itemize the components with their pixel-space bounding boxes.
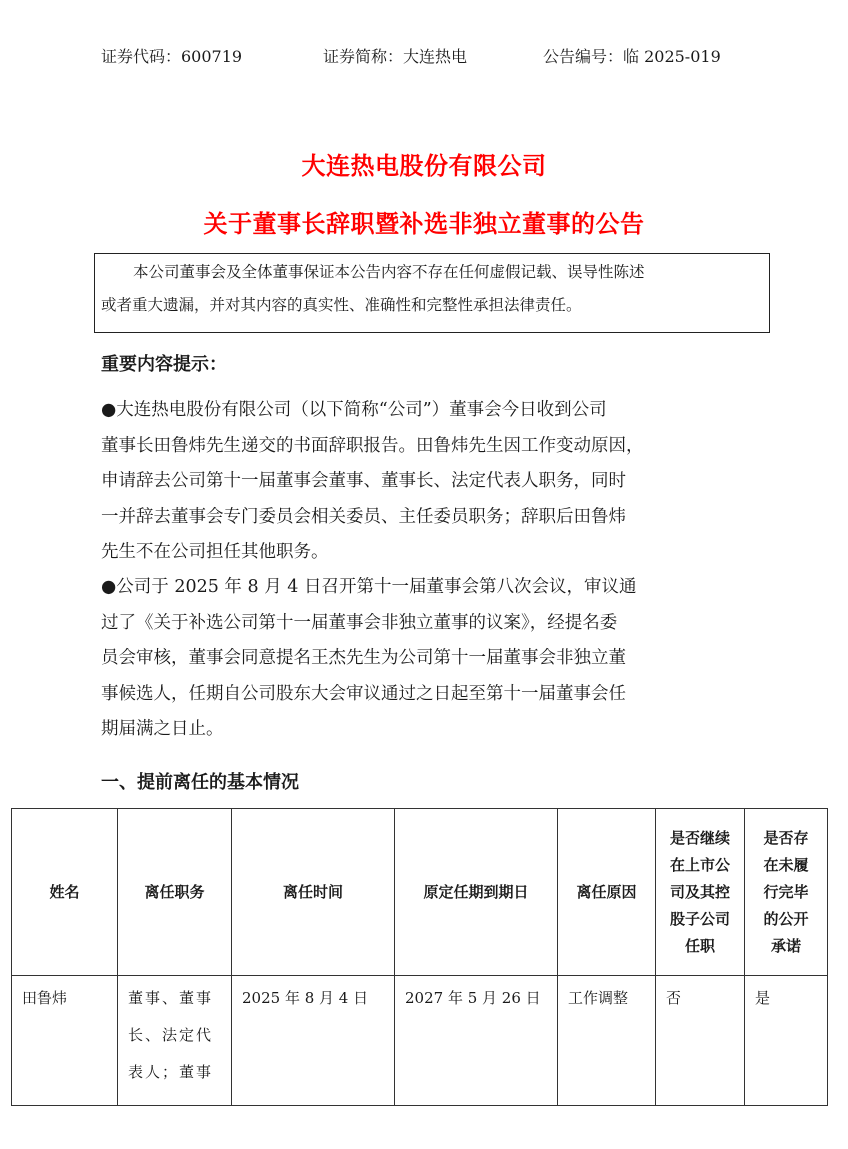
paragraph-line: ●公司于 2025 年 8 月 4 日召开第十一届董事会第八次会议，审议通 bbox=[101, 570, 751, 606]
highlights-heading: 重要内容提示： bbox=[101, 350, 227, 376]
paragraph-line: 期届满之日止。 bbox=[101, 712, 751, 748]
stock-code: 证券代码：600719 bbox=[101, 44, 242, 70]
paragraph-line: 董事长田鲁炜先生递交的书面辞职报告。田鲁炜先生因工作变动原因， bbox=[101, 429, 751, 465]
paragraph-line: 事候选人，任期自公司股东大会审议通过之日起至第十一届董事会任 bbox=[101, 677, 751, 713]
header-continue-employment: 是否继续在上市公司及其控股子公司任职 bbox=[656, 809, 745, 976]
header-position: 离任职务 bbox=[118, 809, 232, 976]
table-header-row: 姓名 离任职务 离任时间 原定任期到期日 离任原因 是否继续在上市公司及其控股子… bbox=[12, 809, 828, 976]
paragraph-line: 过了《关于补选公司第十一届董事会非独立董事的议案》，经提名委 bbox=[101, 606, 751, 642]
cell-original-term-end: 2027 年 5 月 26 日 bbox=[395, 976, 558, 1106]
stock-short-name: 证券简称：大连热电 bbox=[323, 44, 467, 70]
announcement-title: 关于董事长辞职暨补选非独立董事的公告 bbox=[0, 204, 848, 239]
header-name: 姓名 bbox=[12, 809, 118, 976]
cell-position: 董事、董事长、法定代表人；董事 bbox=[118, 976, 232, 1106]
company-title: 大连热电股份有限公司 bbox=[0, 146, 848, 181]
announcement-number: 公告编号：临 2025-019 bbox=[543, 44, 721, 70]
section-1-heading: 一、提前离任的基本情况 bbox=[101, 768, 299, 794]
disclaimer-line-1: 本公司董事会及全体董事保证本公告内容不存在任何虚假记载、误导性陈述 bbox=[101, 256, 769, 289]
paragraph-line: 员会审核，董事会同意提名王杰先生为公司第十一届董事会非独立董 bbox=[101, 641, 751, 677]
paragraph-line: ●大连热电股份有限公司（以下简称“公司”）董事会今日收到公司 bbox=[101, 393, 751, 429]
departure-info-table: 姓名 离任职务 离任时间 原定任期到期日 离任原因 是否继续在上市公司及其控股子… bbox=[11, 808, 828, 1106]
highlight-bullet-1: ●大连热电股份有限公司（以下简称“公司”）董事会今日收到公司 董事长田鲁炜先生递… bbox=[101, 393, 751, 571]
cell-continue-employment: 否 bbox=[656, 976, 745, 1106]
disclaimer-line-2: 或者重大遗漏，并对其内容的真实性、准确性和完整性承担法律责任。 bbox=[101, 289, 769, 322]
document-header: 证券代码：600719 证券简称：大连热电 公告编号：临 2025-019 bbox=[101, 44, 761, 70]
header-reason: 离任原因 bbox=[558, 809, 656, 976]
header-departure-date: 离任时间 bbox=[232, 809, 395, 976]
cell-name: 田鲁炜 bbox=[12, 976, 118, 1106]
cell-unfulfilled-commitments: 是 bbox=[745, 976, 828, 1106]
paragraph-line: 一并辞去董事会专门委员会相关委员、主任委员职务；辞职后田鲁炜 bbox=[101, 500, 751, 536]
paragraph-line: 先生不在公司担任其他职务。 bbox=[101, 535, 751, 571]
header-original-term-end: 原定任期到期日 bbox=[395, 809, 558, 976]
cell-departure-date: 2025 年 8 月 4 日 bbox=[232, 976, 395, 1106]
header-unfulfilled-commitments: 是否存在未履行完毕的公开承诺 bbox=[745, 809, 828, 976]
paragraph-line: 申请辞去公司第十一届董事会董事、董事长、法定代表人职务，同时 bbox=[101, 464, 751, 500]
disclaimer-box: 本公司董事会及全体董事保证本公告内容不存在任何虚假记载、误导性陈述 或者重大遗漏… bbox=[94, 253, 770, 333]
table-row: 田鲁炜 董事、董事长、法定代表人；董事 2025 年 8 月 4 日 2027 … bbox=[12, 976, 828, 1106]
cell-reason: 工作调整 bbox=[558, 976, 656, 1106]
highlight-bullet-2: ●公司于 2025 年 8 月 4 日召开第十一届董事会第八次会议，审议通 过了… bbox=[101, 570, 751, 748]
